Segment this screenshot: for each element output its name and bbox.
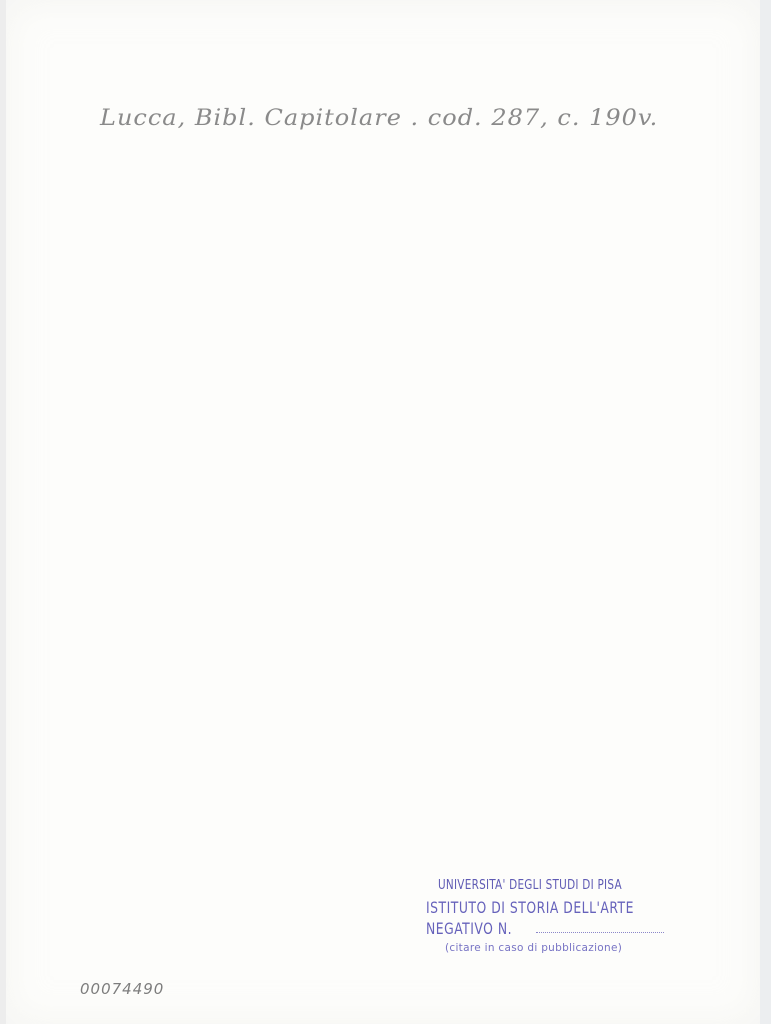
stamp-university-line: UNIVERSITA' DEGLI STUDI DI PISA — [438, 879, 622, 893]
paper-sheet — [6, 0, 760, 1024]
stamp-negative-label: NEGATIVO N. — [426, 921, 512, 937]
stamp-negative-number-field — [536, 932, 664, 933]
handwritten-caption: Lucca, Bibl. Capitolare . cod. 287, c. 1… — [100, 104, 658, 131]
archive-number: 00074490 — [80, 980, 164, 998]
stamp-citation-note: (citare in caso di pubblicazione) — [445, 943, 622, 954]
scan-edge-right — [760, 0, 771, 1024]
stamp-institute-line: ISTITUTO DI STORIA DELL'ARTE — [426, 900, 634, 916]
